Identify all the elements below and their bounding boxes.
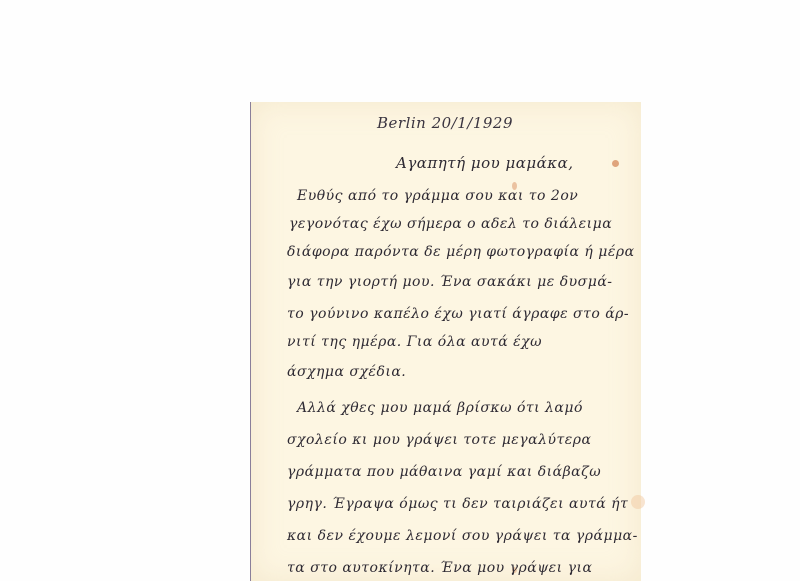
stain-mark <box>612 160 619 167</box>
letter-line: γεγονότας έχω σήμερα ο αδελ το διάλειμα <box>289 216 612 232</box>
letter-line: γρηγ. Έγραψα όμως τι δεν ταιριάζει αυτά … <box>287 496 628 512</box>
letter-line: το γούνινο καπέλο έχω γιατί άγραφε στο ά… <box>287 306 629 322</box>
letter-line: διάφορα παρόντα δε μέρη φωτογραφία ή μέρ… <box>287 244 635 260</box>
letter-line: σχολείο κι μου γράψει τοτε μεγαλύτερα <box>287 432 591 448</box>
letter-place-date: Berlin 20/1/1929 <box>377 114 513 132</box>
letter-line: για την γιορτή μου. Ένα σακάκι με δυσμά- <box>287 274 613 290</box>
letter-line: γράμματα που μάθαινα γαμί και διάβαζω <box>287 464 601 480</box>
letter-salutation: Αγαπητή μου μαμάκα, <box>396 154 573 172</box>
stain-mark <box>631 495 645 509</box>
letter-line: Ευθύς από το γράμμα σου και το 2ον <box>297 188 578 204</box>
letter-line: και δεν έχουμε λεμονί σου γράψει τα γράμ… <box>287 528 638 544</box>
letter-paper: Berlin 20/1/1929 Αγαπητή μου μαμάκα, Ευθ… <box>250 102 641 581</box>
scanned-page-background: Berlin 20/1/1929 Αγαπητή μου μαμάκα, Ευθ… <box>0 0 800 581</box>
letter-line: νιτί της ημέρα. Για όλα αυτά έχω <box>287 334 542 350</box>
letter-line: τα στο αυτοκίνητα. Ένα μου γράψει για <box>287 560 592 576</box>
letter-line: άσχημα σχέδια. <box>287 364 406 380</box>
letter-line: Αλλά χθες μου μαμά βρίσκω ότι λαμό <box>297 400 583 416</box>
